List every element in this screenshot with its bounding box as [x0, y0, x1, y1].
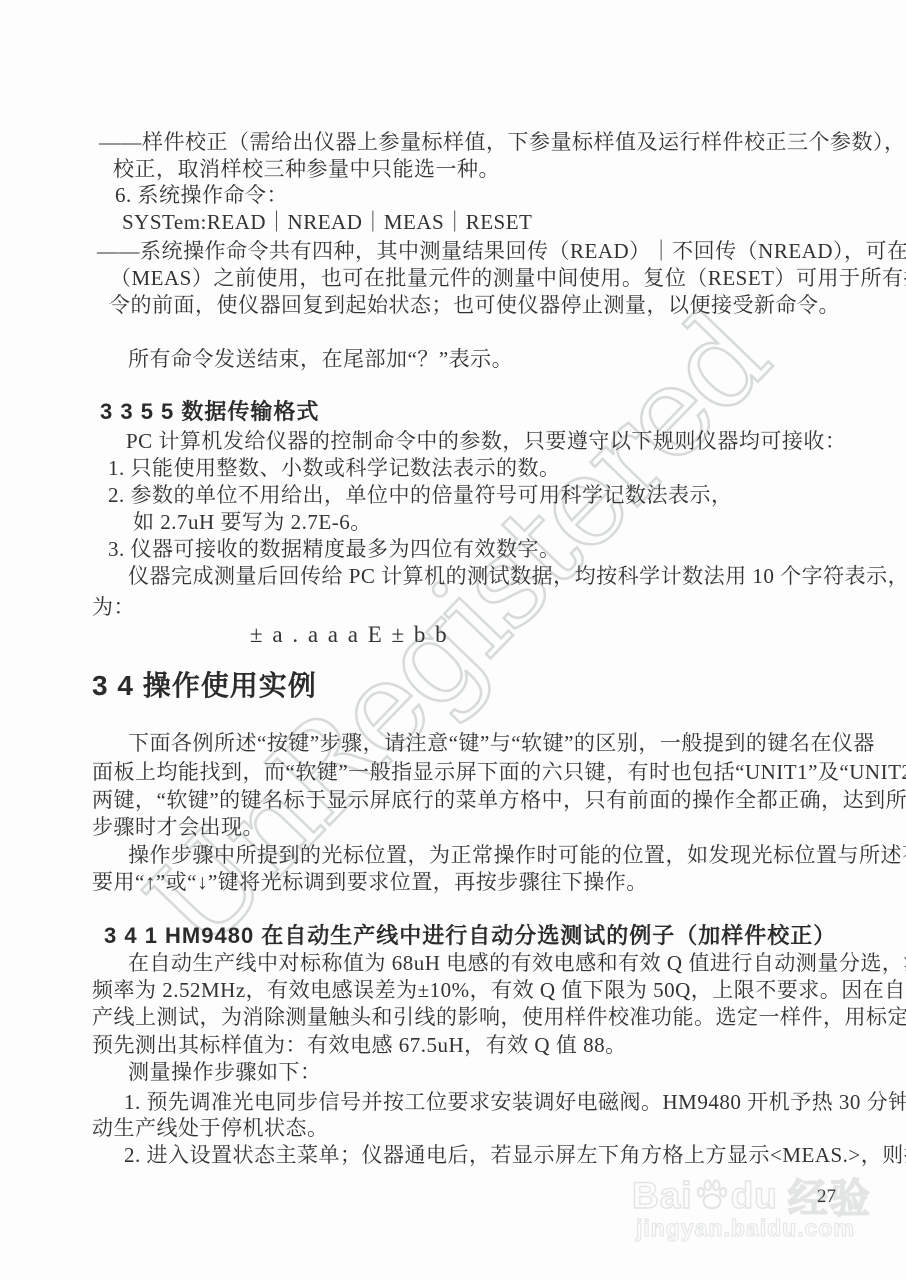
jingyan-url-watermark: jingyan.baidu.com — [636, 1215, 855, 1242]
text-line: ——样件校正（需给出仪器上参量标样值，下参量标样值及运行样件校正三个参数），空架 — [99, 128, 906, 156]
baidu-paw-icon — [695, 1179, 729, 1213]
text-line: 频率为 2.52MHz，有效电感误差为±10%，有效 Q 值下限为 50Q，上限… — [92, 976, 906, 1004]
text-line: 1. 只能使用整数、小数或科学记数法表示的数。 — [108, 454, 561, 482]
text-line: 2. 参数的单位不用给出，单位中的倍量符号可用科学记数法表示， — [108, 481, 733, 509]
text-line: 步骤时才会出现。 — [92, 813, 264, 841]
text-line: 预先测出其标样值为：有效电感 67.5uH，有效 Q 值 88。 — [92, 1031, 627, 1059]
text-line: 如 2.7uH 要写为 2.7E-6。 — [133, 508, 372, 536]
text-line: 要用“↑”或“↓”键将光标调到要求位置，再按步骤往下操作。 — [92, 868, 648, 896]
text-line: PC 计算机发给仪器的控制命令中的参数，只要遵守以下规则仪器均可接收： — [126, 427, 846, 455]
text-line: 面板上均能找到，而“软键”一般指显示屏下面的六只键，有时也包括“UNIT1”及“… — [92, 758, 906, 786]
text-line: 产线上测试，为消除测量触头和引线的影响，使用样件校准功能。选定一样件，用标定仪器 — [92, 1003, 906, 1031]
text-line: 1. 预先调准光电同步信号并按工位要求安装调好电磁阀。HM9480 开机予热 3… — [124, 1088, 906, 1116]
section-heading-3355: 3 3 5 5 数据传输格式 — [100, 397, 319, 427]
text-line: 2. 进入设置状态主菜单；仪器通电后，若显示屏左下角方格上方显示<MEAS.>，… — [124, 1141, 906, 1169]
text-line: 仪器完成测量后回传给 PC 计算机的测试数据，均按科学计数法用 10 个字符表示… — [128, 562, 906, 590]
text-line: 所有命令发送结束，在尾部加“？”表示。 — [128, 345, 513, 373]
text-line: 6. 系统操作命令： — [115, 181, 288, 209]
text-line: 操作步骤中所提到的光标位置，为正常操作时可能的位置，如发现光标位置与所述不符； — [128, 841, 906, 869]
text-line: 两键，“软键”的键名标于显示屏底行的菜单方格中，只有前面的操作全都正确，达到所述 — [92, 786, 906, 814]
manual-page: UnRegistered ——样件校正（需给出仪器上参量标样值，下参量标样值及运… — [0, 0, 906, 1280]
formula-line: ± a . a a a E ± b b — [250, 620, 449, 650]
text-line: 动生产线处于停机状态。 — [92, 1114, 329, 1142]
text-line: 在自动生产线中对标称值为 68uH 电感的有效电感和有效 Q 值进行自动测量分选… — [128, 949, 906, 977]
text-line: 令的前面，使仪器回复到起始状态；也可使仪器停止测量，以便接受新命令。 — [109, 291, 840, 319]
page-number: 27 — [817, 1186, 836, 1208]
text-line: 3. 仪器可接收的数据精度最多为四位有效数字。 — [108, 535, 561, 563]
text-line: （MEAS）之前使用，也可在批量元件的测量中间使用。复位（RESET）可用于所有… — [110, 264, 906, 292]
text-line: 为： — [92, 593, 135, 621]
section-heading-341: 3 4 1 HM9480 在自动生产线中进行自动分选测试的例子（加样件校正） — [104, 921, 836, 951]
baidu-watermark-text-left: Bai — [632, 1175, 693, 1217]
baidu-watermark-text-right: du — [731, 1175, 778, 1217]
text-line: 下面各例所述“按键”步骤，请注意“键”与“软键”的区别，一般提到的键名在仪器 — [128, 729, 875, 757]
text-line: 测量操作步骤如下： — [128, 1058, 322, 1086]
section-heading-34: 3 4 操作使用实例 — [92, 668, 317, 704]
text-line: 校正，取消样校三种参量中只能选一种。 — [113, 155, 500, 183]
text-line: SYSTem:READ｜NREAD｜MEAS｜RESET — [122, 208, 532, 236]
text-line: ——系统操作命令共有四种，其中测量结果回传（READ）｜不回传（NREAD），可… — [97, 237, 906, 265]
